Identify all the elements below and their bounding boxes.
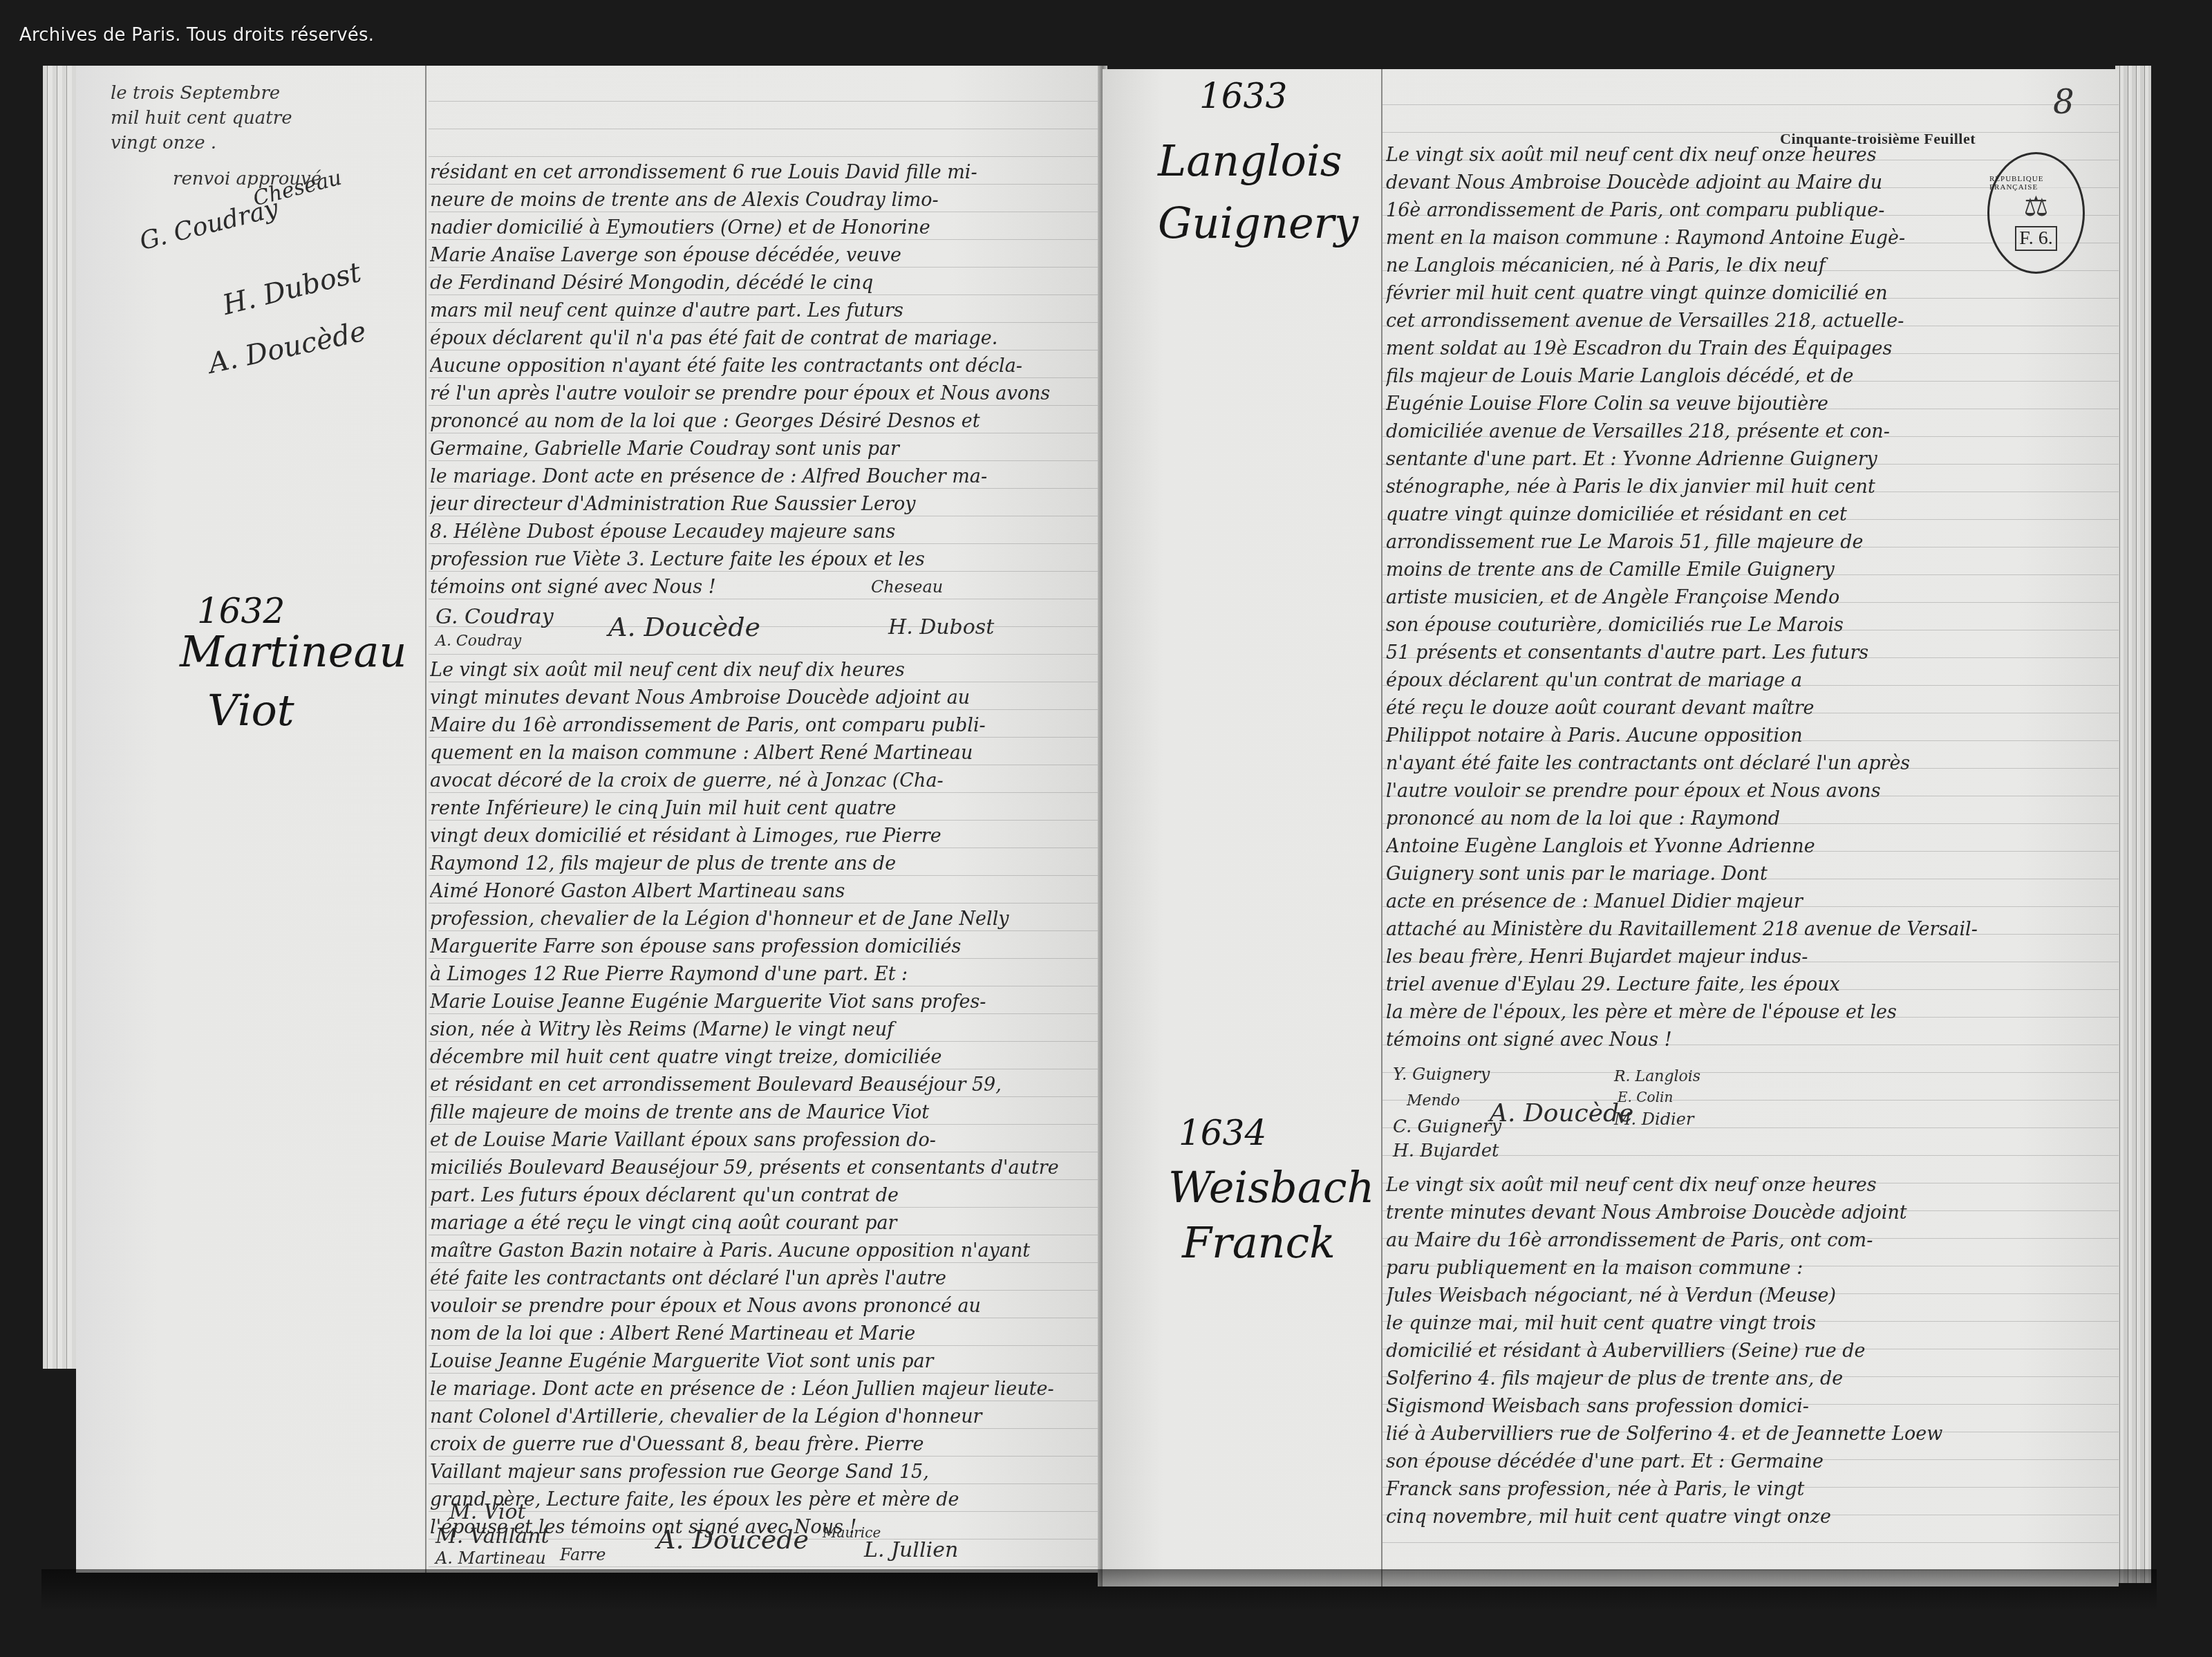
book-shadow [41, 1569, 2157, 1611]
text-line: lié à Aubervilliers rue de Solferino 4. … [1386, 1421, 2084, 1448]
text-line: miciliés Boulevard Beauséjour 59, présen… [430, 1154, 1094, 1182]
text-line: devant Nous Ambroise Doucède adjoint au … [1386, 169, 1987, 197]
text-line: nom de la loi que : Albert René Martinea… [430, 1320, 1094, 1348]
text-line: époux déclarent qu'il n'a pas été fait d… [430, 325, 1094, 353]
text-line: témoins ont signé avec Nous ! [1386, 1027, 2084, 1054]
text-line: Le vingt six août mil neuf cent dix neuf… [1386, 1172, 2084, 1199]
text-line: Aimé Honoré Gaston Albert Martineau sans [430, 878, 1094, 906]
text-line: et résidant en cet arrondissement Boulev… [430, 1071, 1094, 1099]
acte-name-groom: Langlois [1158, 131, 1342, 191]
text-line: été faite les contractants ont déclaré l… [430, 1265, 1094, 1293]
margin-note: le trois Septembre mil huit cent quatre … [111, 81, 321, 191]
signature: M. Viot [449, 1500, 526, 1524]
signature: Cheseau [871, 577, 943, 597]
text-line: cinq novembre, mil huit cent quatre ving… [1386, 1504, 2084, 1531]
text-line: sentante d'une part. Et : Yvonne Adrienn… [1386, 446, 2084, 474]
text-line: 8. Hélène Dubost épouse Lecaudey majeure… [430, 518, 1094, 546]
text-line: attaché au Ministère du Ravitaillement 2… [1386, 916, 2084, 944]
text-line: le mariage. Dont acte en présence de : A… [430, 463, 1094, 491]
text-line: ne Langlois mécanicien, né à Paris, le d… [1386, 252, 2084, 280]
acte-name-bride: Franck [1182, 1213, 1335, 1273]
text-line: sion, née à Witry lès Reims (Marne) le v… [430, 1016, 1094, 1044]
text-line: vingt deux domicilié et résidant à Limog… [430, 823, 1094, 850]
text-line: rente Inférieure) le cinq Juin mil huit … [430, 795, 1094, 823]
right-page: 8 Cinquante-troisième Feuillet RÉPUBLIQU… [1103, 69, 2119, 1586]
text-line: cet arrondissement avenue de Versailles … [1386, 308, 2084, 335]
text-line: l'autre vouloir se prendre pour époux et… [1386, 778, 2084, 805]
signature: R. Langlois [1614, 1068, 1700, 1085]
text-line: paru publiquement en la maison commune : [1386, 1255, 2084, 1282]
margin-rule [1381, 69, 1382, 1586]
signature: H. Dubost [888, 615, 994, 639]
text-line: Aucune opposition n'ayant été faite les … [430, 353, 1094, 380]
text-line: son épouse décédée d'une part. Et : Germ… [1386, 1448, 2084, 1476]
text-line: artiste musicien, et de Angèle Françoise… [1386, 584, 2084, 612]
signature: H. Bujardet [1393, 1141, 1499, 1161]
text-line: moins de trente ans de Camille Emile Gui… [1386, 556, 2084, 584]
text-line: résidant en cet arrondissement 6 rue Lou… [430, 159, 1094, 187]
text-line: au Maire du 16è arrondissement de Paris,… [1386, 1227, 2084, 1255]
text-line: fils majeur de Louis Marie Langlois décé… [1386, 363, 2084, 391]
acte-name-groom: Martineau [180, 622, 406, 682]
text-line: domiciliée avenue de Versailles 218, pré… [1386, 418, 2084, 446]
text-line: Raymond 12, fils majeur de plus de trent… [430, 850, 1094, 878]
text-line: Jules Weisbach négociant, né à Verdun (M… [1386, 1282, 2084, 1310]
text-line: la mère de l'époux, les père et mère de … [1386, 999, 2084, 1027]
right-page-edges [2115, 66, 2151, 1583]
margin-note-line: vingt onze . [111, 131, 321, 156]
text-line: Louise Jeanne Eugénie Marguerite Viot so… [430, 1348, 1094, 1376]
text-line: neure de moins de trente ans de Alexis C… [430, 187, 1094, 214]
text-line: acte en présence de : Manuel Didier maje… [1386, 888, 2084, 916]
margin-rule [425, 66, 427, 1573]
text-line: mariage a été reçu le vingt cinq août co… [430, 1210, 1094, 1237]
text-line: ré l'un après l'autre vouloir se prendre… [430, 380, 1094, 408]
text-line: prononcé au nom de la loi que : Georges … [430, 408, 1094, 436]
text-line: Philippot notaire à Paris. Aucune opposi… [1386, 722, 2084, 750]
signature: A. Martineau [435, 1548, 546, 1568]
text-line: époux déclarent qu'un contrat de mariage… [1386, 667, 2084, 695]
signature: A. Doucède [206, 315, 369, 380]
text-line: été reçu le douze août courant devant ma… [1386, 695, 2084, 722]
text-line: ment en la maison commune : Raymond Anto… [1386, 225, 1987, 252]
text-line: nadier domicilié à Eymoutiers (Orne) et … [430, 214, 1094, 242]
stamp-code: F. 6. [2015, 226, 2056, 251]
text-line: vouloir se prendre pour époux et Nous av… [430, 1293, 1094, 1320]
signature: L. Jullien [864, 1538, 958, 1562]
text-line: triel avenue d'Eylau 29. Lecture faite, … [1386, 971, 2084, 999]
text-line: fille majeure de moins de trente ans de … [430, 1099, 1094, 1127]
text-line: témoins ont signé avec Nous ! [430, 574, 1094, 601]
text-line: domicilié et résidant à Aubervilliers (S… [1386, 1338, 2084, 1365]
signature: M. Didier [1614, 1110, 1694, 1129]
signature: A. Doucède [1490, 1099, 1633, 1127]
acte-1633-text-cont: ne Langlois mécanicien, né à Paris, le d… [1386, 252, 2084, 1054]
text-line: Marie Louise Jeanne Eugénie Marguerite V… [430, 989, 1094, 1016]
text-line: Guignery sont unis par le mariage. Dont [1386, 861, 2084, 888]
folio-number: 8 [2053, 83, 2074, 122]
text-line: Germaine, Gabrielle Marie Coudray sont u… [430, 436, 1094, 463]
text-line: jeur directeur d'Administration Rue Saus… [430, 491, 1094, 518]
signature: A. Doucède [657, 1524, 809, 1555]
text-line: Vaillant majeur sans profession rue Geor… [430, 1459, 1094, 1486]
justice-figure-icon: ⚖ [2024, 191, 2049, 222]
signature: C. Guignery [1393, 1116, 1501, 1137]
left-page: le trois Septembre mil huit cent quatre … [76, 66, 1103, 1573]
margin-note-line: mil huit cent quatre [111, 106, 321, 131]
text-line: 16è arrondissement de Paris, ont comparu… [1386, 197, 1987, 225]
text-line: de Ferdinand Désiré Mongodin, décédé le … [430, 270, 1094, 297]
text-line: Franck sans profession, née à Paris, le … [1386, 1476, 2084, 1504]
text-line: sténographe, née à Paris le dix janvier … [1386, 474, 2084, 501]
signature: E. Colin [1618, 1089, 1673, 1105]
acte-name-bride: Viot [207, 681, 294, 740]
acte-number: 1633 [1199, 76, 1287, 116]
text-line: profession rue Viète 3. Lecture faite le… [430, 546, 1094, 574]
text-line: quement en la maison commune : Albert Re… [430, 740, 1094, 767]
text-line: trente minutes devant Nous Ambroise Douc… [1386, 1199, 2084, 1227]
signature: Y. Guignery [1393, 1065, 1490, 1084]
acte-name-groom: Weisbach [1168, 1158, 1374, 1217]
text-line: avocat décoré de la croix de guerre, né … [430, 767, 1094, 795]
text-line: Le vingt six août mil neuf cent dix neuf… [430, 657, 1094, 684]
text-line: le quinze mai, mil huit cent quatre ving… [1386, 1310, 2084, 1338]
text-line: part. Les futurs époux déclarent qu'un c… [430, 1182, 1094, 1210]
text-line: et de Louise Marie Vaillant époux sans p… [430, 1127, 1094, 1154]
stamp-text: RÉPUBLIQUE FRANÇAISE [1989, 175, 2083, 191]
text-line: à Limoges 12 Rue Pierre Raymond d'une pa… [430, 961, 1094, 989]
text-line: Maire du 16è arrondissement de Paris, on… [430, 712, 1094, 740]
margin-note-line: le trois Septembre [111, 81, 321, 106]
signature: Mendo [1407, 1092, 1460, 1110]
text-line: février mil huit cent quatre vingt quinz… [1386, 280, 2084, 308]
text-line: maître Gaston Bazin notaire à Paris. Auc… [430, 1237, 1094, 1265]
signature: H. Dubost [219, 256, 364, 321]
acte-number: 1634 [1179, 1113, 1266, 1153]
text-line: Marguerite Farre son épouse sans profess… [430, 933, 1094, 961]
text-line: son épouse couturière, domiciliés rue Le… [1386, 612, 2084, 639]
text-line: le mariage. Dont acte en présence de : L… [430, 1376, 1094, 1403]
acte-1634-text: Le vingt six août mil neuf cent dix neuf… [1386, 1172, 2084, 1531]
text-line: Antoine Eugène Langlois et Yvonne Adrien… [1386, 833, 2084, 861]
text-line: grand père, Lecture faite, les époux les… [430, 1486, 1094, 1514]
continuation-text: résidant en cet arrondissement 6 rue Lou… [430, 159, 1094, 601]
text-line: vingt minutes devant Nous Ambroise Doucè… [430, 684, 1094, 712]
text-line: décembre mil huit cent quatre vingt trei… [430, 1044, 1094, 1071]
signature: A. Coudray [435, 633, 521, 650]
text-line: Eugénie Louise Flore Colin sa veuve bijo… [1386, 391, 2084, 418]
text-line: 51 présents et consentants d'autre part.… [1386, 639, 2084, 667]
signature: G. Coudray [435, 605, 554, 629]
text-line: Le vingt six août mil neuf cent dix neuf… [1386, 142, 1987, 169]
acte-1632-text: Le vingt six août mil neuf cent dix neuf… [430, 657, 1094, 1542]
signature: M. Vaillant [435, 1524, 550, 1548]
text-line: croix de guerre rue d'Ouessant 8, beau f… [430, 1431, 1094, 1459]
text-line: Sigismond Weisbach sans profession domic… [1386, 1393, 2084, 1421]
copyright-watermark: Archives de Paris. Tous droits réservés. [19, 25, 374, 46]
text-line: nant Colonel d'Artillerie, chevalier de … [430, 1403, 1094, 1431]
text-line: Solferino 4. fils majeur de plus de tren… [1386, 1365, 2084, 1393]
acte-name-bride: Guignery [1158, 194, 1358, 253]
signature: A. Doucède [608, 612, 760, 642]
acte-1633-text: Le vingt six août mil neuf cent dix neuf… [1386, 142, 1987, 252]
signature: Farre [560, 1545, 606, 1564]
text-line: arrondissement rue Le Marois 51, fille m… [1386, 529, 2084, 556]
text-line: n'ayant été faite les contractants ont d… [1386, 750, 2084, 778]
text-line: les beau frère, Henri Bujardet majeur in… [1386, 944, 2084, 971]
text-line: prononcé au nom de la loi que : Raymond [1386, 805, 2084, 833]
text-line: mars mil neuf cent quinze d'autre part. … [430, 297, 1094, 325]
text-line: ment soldat au 19è Escadron du Train des… [1386, 335, 2084, 363]
text-line: Marie Anaïse Laverge son épouse décédée,… [430, 242, 1094, 270]
text-line: quatre vingt quinze domiciliée et résida… [1386, 501, 2084, 529]
text-line: profession, chevalier de la Légion d'hon… [430, 906, 1094, 933]
